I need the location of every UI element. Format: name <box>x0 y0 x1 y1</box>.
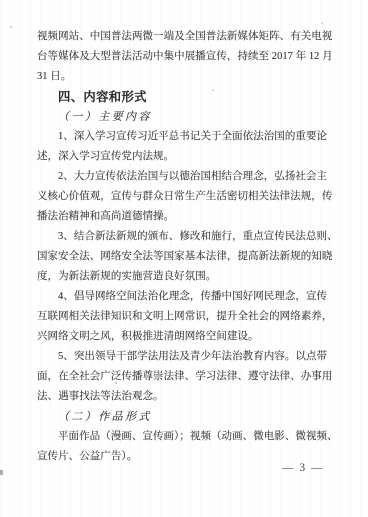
list-item-line: 3、结合新法新规的颁布、修改和施行，重点宣传民法总则、 <box>37 227 332 247</box>
body-text-line: 台等媒体及大型普法活动中集中展播宣传，持续至 2017 年 12 月 <box>37 47 332 67</box>
list-item-line: 国家安全法、网络安全法等国家基本法律，提高新法新规的知晓 <box>37 247 332 267</box>
body-text-line: 平面作品（漫画、宣传画）；视频（动画、微电影、微视频、 <box>37 427 332 447</box>
list-item-line: 2、大力宣传依法治国与以德治国相结合理念，弘扬社会主 <box>37 167 332 187</box>
body-text-line: 31 日。 <box>37 67 332 87</box>
list-item-line: 度，为新法新规的实施营造良好氛围。 <box>37 267 332 287</box>
list-item-line: 5、突出领导干部学法用法及青少年法治教育内容。以点带 <box>37 347 332 367</box>
list-item-line: 法、遇事找法等法治观念。 <box>37 387 332 407</box>
subsection-heading: （二）作品形式 <box>37 407 332 427</box>
body-text-line: 视频网站、中国普法两微一端及全国普法新媒体矩阵、有关电视 <box>37 27 332 47</box>
scan-speck <box>10 26 12 28</box>
section-heading: 四、内容和形式 <box>37 87 332 107</box>
list-item-line: 互联网相关法律知识和文明上网常识，提升全社会的网络素养， <box>37 307 332 327</box>
subsection-heading: （一）主要内容 <box>37 107 332 127</box>
list-item-line: 4、倡导网络空间法治化理念，传播中国好网民理念，宣传 <box>37 287 332 307</box>
document-page: 视频网站、中国普法两微一端及全国普法新媒体矩阵、有关电视 台等媒体及大型普法活动… <box>0 0 368 517</box>
scan-speck <box>0 470 3 475</box>
document-body: 视频网站、中国普法两微一端及全国普法新媒体矩阵、有关电视 台等媒体及大型普法活动… <box>37 27 332 467</box>
list-item-line: 述，深入学习宣传党内法规。 <box>37 147 332 167</box>
list-item-line: 义核心价值观，宣传与群众日常生产生活密切相关法律法规，传 <box>37 187 332 207</box>
list-item-line: 播法治精神和高尚道德情操。 <box>37 207 332 227</box>
page-number: — 3 — <box>282 461 324 475</box>
list-item-line: 1、深入学习宣传习近平总书记关于全面依法治国的重要论 <box>37 127 332 147</box>
list-item-line: 面，在全社会广泛传播尊崇法律、学习法律、遵守法律、办事用 <box>37 367 332 387</box>
list-item-line: 兴网络文明之风，积极推进清朗网络空间建设。 <box>37 327 332 347</box>
scan-speck <box>321 22 323 24</box>
